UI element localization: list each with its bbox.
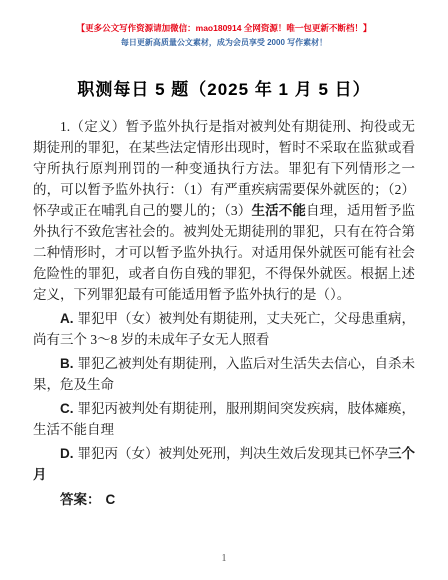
answer-value: C xyxy=(106,492,116,507)
option-b: B.罪犯乙被判处有期徒刑，入监后对生活失去信心，自杀未果，危及生命 xyxy=(33,353,415,395)
page-number: 1 xyxy=(33,553,415,568)
option-c-text: 罪犯丙被判处有期徒刑，服刑期间突发疾病，肢体瘫痪，生活不能自理 xyxy=(33,401,415,437)
option-d: D.罪犯丙（女）被判处死刑，判决生效后发现其已怀孕三个月 xyxy=(33,443,415,485)
question-stem: 1.（定义）暂予监外执行是指对被判处有期徒刑、拘役或无期徒刑的罪犯，在某些法定情… xyxy=(33,116,415,305)
stem-bold-text: 生活不能 xyxy=(251,203,306,218)
answer-line: 答案：C xyxy=(33,489,415,510)
option-c: C.罪犯丙被判处有期徒刑，服刑期间突发疾病，肢体瘫痪，生活不能自理 xyxy=(33,398,415,440)
answer-label: 答案： xyxy=(60,492,101,507)
promo-header: 【更多公文写作资源请加微信：mao180914 全网资源！唯一包更新不断档！】 … xyxy=(33,22,415,49)
option-b-text: 罪犯乙被判处有期徒刑，入监后对生活失去信心，自杀未果，危及生命 xyxy=(33,356,415,392)
page-title: 职测每日 5 题（2025 年 1 月 5 日） xyxy=(33,75,415,100)
option-c-letter: C. xyxy=(60,401,74,416)
option-d-text: 罪犯丙（女）被判处死刑，判决生效后发现其已怀孕 xyxy=(78,446,389,461)
promo-line-blue: 每日更新高质量公文素材，成为会员享受 2000 写作素材！ xyxy=(33,36,415,49)
promo-line-red: 【更多公文写作资源请加微信：mao180914 全网资源！唯一包更新不断档！】 xyxy=(33,22,415,35)
option-a-text: 罪犯甲（女）被判处有期徒刑，丈夫死亡，父母患重病，尚有三个 3～8 岁的未成年子… xyxy=(33,311,415,347)
option-b-letter: B. xyxy=(60,356,74,371)
option-a: A.罪犯甲（女）被判处有期徒刑，丈夫死亡，父母患重病，尚有三个 3～8 岁的未成… xyxy=(33,308,415,350)
option-d-letter: D. xyxy=(60,446,74,461)
option-a-letter: A. xyxy=(60,311,74,326)
document-page: 【更多公文写作资源请加微信：mao180914 全网资源！唯一包更新不断档！】 … xyxy=(0,0,448,580)
